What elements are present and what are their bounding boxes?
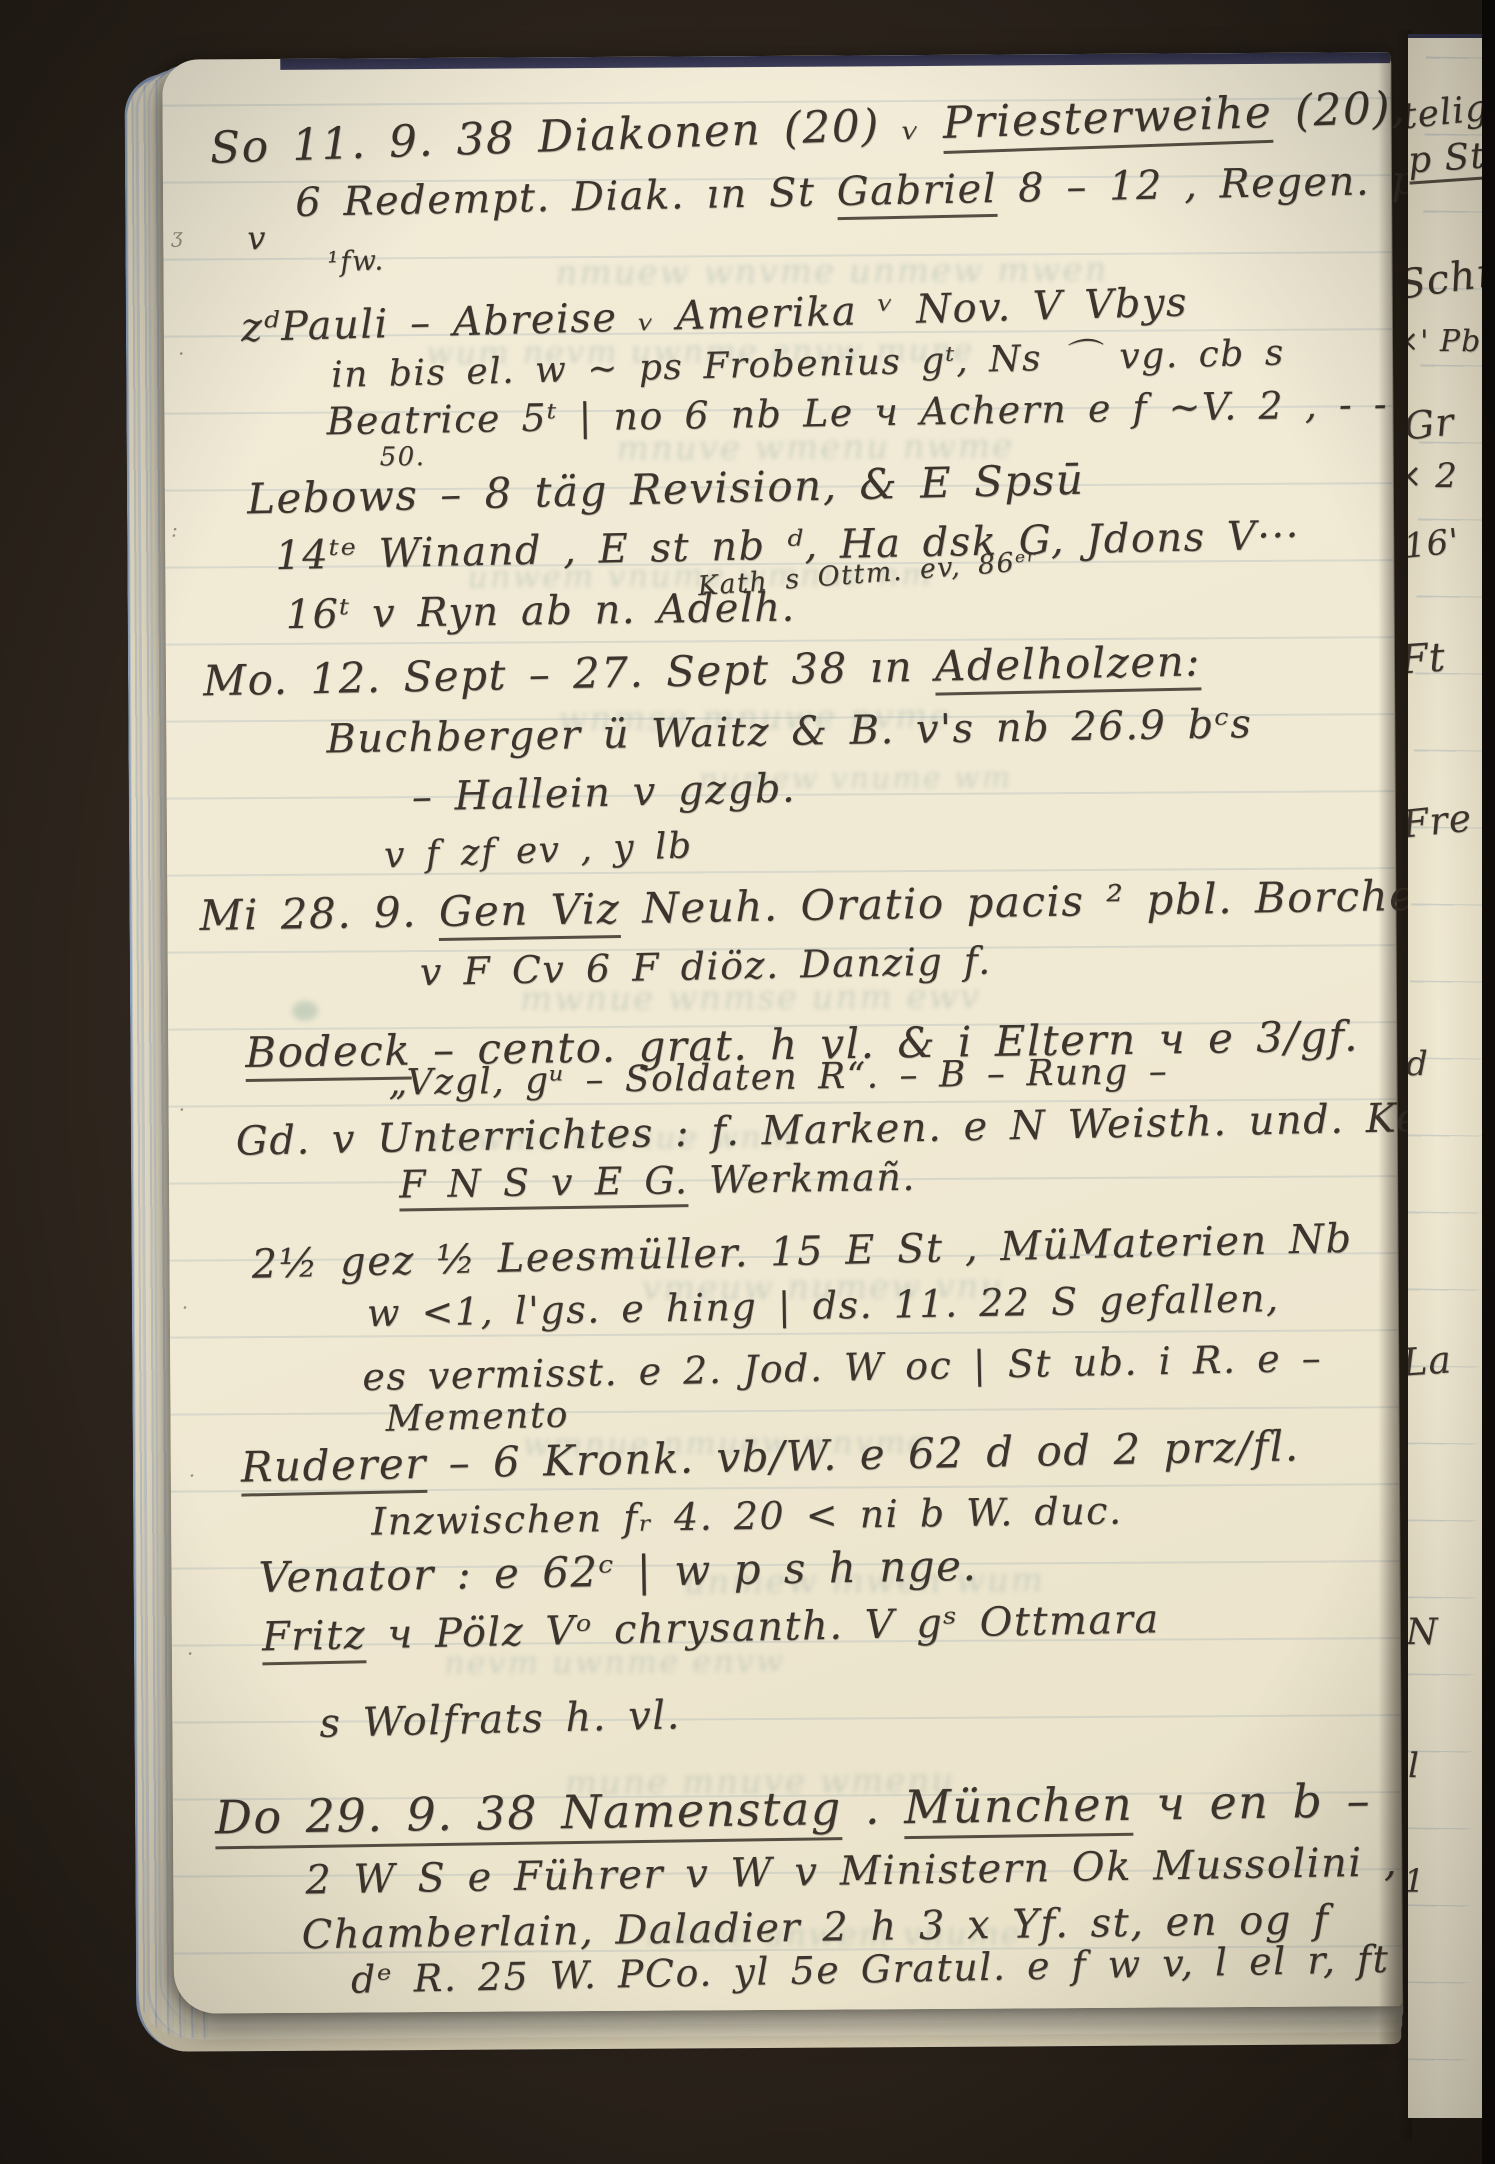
margin-pencil-mark: · bbox=[178, 342, 185, 366]
right-page-line-fragment: N bbox=[1408, 1612, 1439, 1653]
right-page-line-fragment: Schr bbox=[1408, 249, 1484, 308]
margin-pencil-mark: · bbox=[187, 1641, 194, 1665]
right-page-line-fragment: Ft bbox=[1408, 634, 1447, 683]
right-page-line-fragment: 1 bbox=[1408, 1862, 1425, 1900]
right-page-line-fragment: l bbox=[1408, 1746, 1420, 1786]
margin-marks-layer: ʒ·:···· bbox=[0, 0, 1495, 2164]
photo-right-edge bbox=[1482, 0, 1495, 2164]
left-page-group: nmuew wnvme unmew mwenwum nevm uwnme env… bbox=[0, 0, 1495, 2164]
right-page-line-fragment: La bbox=[1408, 1337, 1453, 1384]
right-page-line-fragment: 16' bbox=[1408, 521, 1462, 567]
right-page-edge: teligp StSchr×' PbGr× 216'FtFredLaNl1 bbox=[1408, 34, 1484, 2118]
margin-pencil-mark: : bbox=[171, 518, 178, 542]
right-page-line-fragment: telig bbox=[1408, 88, 1484, 138]
margin-pencil-mark: ʒ bbox=[171, 224, 182, 248]
gutter-shadow bbox=[1378, 30, 1412, 2140]
notebook-photo: nmuew wnvme unmew mwenwum nevm uwnme env… bbox=[0, 0, 1495, 2164]
margin-pencil-mark: · bbox=[179, 1098, 186, 1122]
margin-pencil-mark: · bbox=[189, 1463, 196, 1487]
margin-pencil-mark: · bbox=[182, 1295, 189, 1319]
right-page-line-fragment: d bbox=[1408, 1044, 1429, 1084]
right-page-line-fragment: Gr bbox=[1408, 399, 1457, 448]
right-page-line-fragment: ×' Pb bbox=[1408, 324, 1481, 359]
right-page-line-fragment: p St bbox=[1408, 135, 1484, 181]
right-page-line-fragment: × 2 bbox=[1408, 456, 1458, 496]
right-page-line-fragment: Fre bbox=[1408, 795, 1474, 846]
right-page-fragments-layer: teligp StSchr×' PbGr× 216'FtFredLaNl1 bbox=[1408, 38, 1484, 2118]
